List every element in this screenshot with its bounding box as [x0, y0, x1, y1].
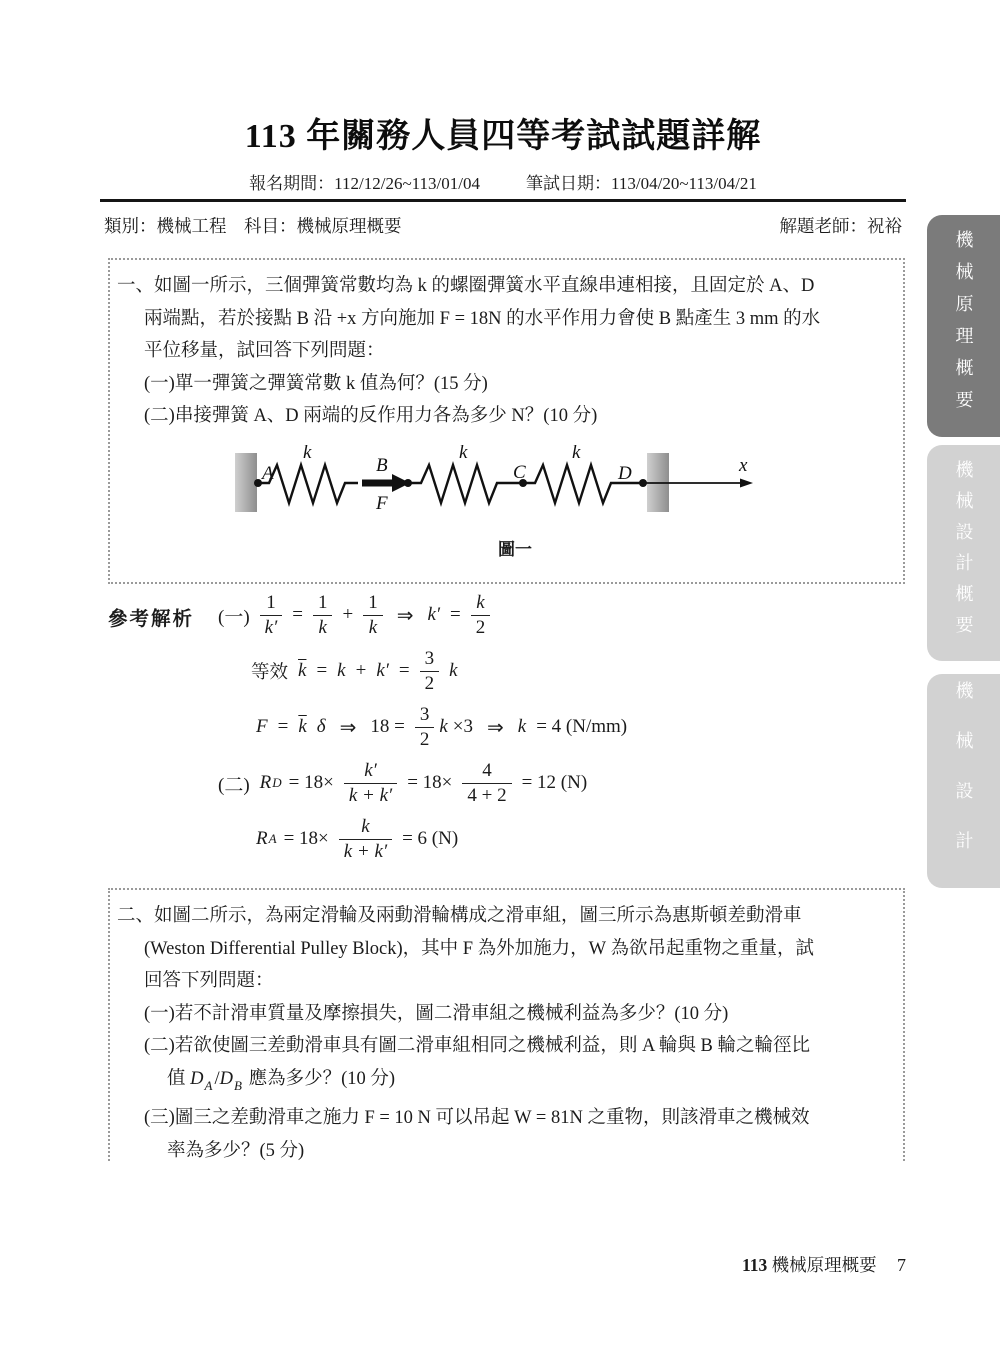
question-2-line: 回答下列問題：	[117, 965, 891, 998]
formula-row-2: 等效 k = k + k′ = 32 k	[251, 643, 848, 699]
header-divider	[100, 199, 906, 202]
footer-page-number: 7	[897, 1255, 906, 1275]
meta-category-subject: 類別：機械工程 科目：機械原理概要	[104, 213, 402, 238]
label-x: x	[738, 455, 748, 476]
sidebar-tab-mechanical-design-outline: 機械設計概要	[927, 445, 1000, 661]
spring-2-icon	[408, 465, 522, 503]
page-footer: 113 機械原理概要 7	[100, 1252, 906, 1277]
meta-row: 類別：機械工程 科目：機械原理概要 解題老師：祝裕	[104, 213, 902, 238]
fraction: 44 + 2	[462, 760, 511, 807]
delta: δ	[317, 716, 326, 738]
k-bar: k	[298, 716, 306, 738]
implies-arrow: ⇒	[487, 715, 504, 740]
formula-row-1: (一) 1k′ = 1k + 1k ⇒ k′ = k2	[213, 587, 848, 643]
fraction: 32	[420, 648, 440, 695]
registration-period: 報名期間：112/12/26~113/01/04	[249, 169, 480, 194]
figure-1-caption: 圖一	[235, 539, 891, 561]
k-bar: k	[298, 660, 306, 682]
fraction: 1k	[313, 592, 333, 639]
footer-year: 113	[742, 1255, 767, 1275]
implies-arrow: ⇒	[397, 603, 414, 628]
question-1-line: (二)串接彈簧 A、D 兩端的反作用力各為多少 N？(10 分)	[117, 400, 891, 433]
fraction: k2	[471, 592, 491, 639]
label-a: A	[260, 463, 274, 484]
label-c: C	[513, 462, 526, 483]
label-k2: k	[459, 445, 468, 463]
question-2-line: (一)若不計滑車質量及摩擦損失，圖二滑車組之機械利益為多少？(10 分)	[117, 998, 891, 1031]
question-1-box: 一、如圖一所示，三個彈簧常數均為 k 的螺圈彈簧水平直線串連相接，且固定於 A、…	[108, 258, 905, 584]
sidebar-tab-mechanical-principles: 機械原理概要	[927, 215, 1000, 437]
figure-1-spring-diagram: A k B F k C k D x 圖一	[235, 445, 891, 562]
solution-rows: (一) 1k′ = 1k + 1k ⇒ k′ = k2 等效 k = k + k…	[213, 587, 848, 867]
item-marker: (二)	[218, 770, 250, 797]
fraction: 1k′	[260, 592, 283, 639]
formula-row-5: RA = 18× kk + k′ = 6 (N)	[251, 811, 848, 867]
question-2-box: 二、如圖二所示，為兩定滑輪及兩動滑輪構成之滑車組，圖三所示為惠斯頓差動滑車 (W…	[108, 888, 905, 1161]
written-exam-date: 筆試日期：113/04/20~113/04/21	[526, 169, 757, 194]
left-wall	[235, 453, 257, 512]
formula-row-4: (二) RD = 18× k′k + k′ = 18× 44 + 2 = 12 …	[213, 755, 848, 811]
question-1-line: 兩端點，若於接點 B 沿 +x 方向施加 F = 18N 的水平作用力會使 B …	[117, 303, 891, 336]
exam-solution-page: 113 年關務人員四等考試試題詳解 報名期間：112/12/26~113/01/…	[0, 0, 1000, 1353]
node-b-dot	[404, 479, 412, 487]
footer-subject: 機械原理概要	[772, 1255, 877, 1275]
label-b: B	[376, 455, 388, 476]
question-2-line: 值 DA/DB 應為多少？(10 分)	[117, 1063, 891, 1103]
node-d-dot	[639, 479, 647, 487]
question-1-line: 一、如圖一所示，三個彈簧常數均為 k 的螺圈彈簧水平直線串連相接，且固定於 A、…	[117, 270, 891, 303]
fraction: 1k	[363, 592, 383, 639]
fraction: k′k + k′	[344, 760, 397, 807]
spring-1-icon	[259, 465, 358, 503]
item-marker: (一)	[218, 602, 250, 629]
sidebar-tab-mechanical-design: 機械設計	[927, 674, 1000, 888]
solution-heading: 參考解析	[108, 603, 194, 631]
question-2-line: (Weston Differential Pulley Block)，其中 F …	[117, 933, 891, 966]
fraction: kk + k′	[339, 816, 392, 863]
question-2-line: (二)若欲使圖三差動滑車具有圖二滑車組相同之機械利益，則 A 輪與 B 輪之輪徑…	[117, 1030, 891, 1063]
solution-section: 參考解析 (一) 1k′ = 1k + 1k ⇒ k′ = k2 等效 k = …	[108, 587, 848, 867]
question-2-line: (三)圖三之差動滑車之施力 F = 10 N 可以吊起 W = 81N 之重物，…	[117, 1102, 891, 1135]
exam-dates: 報名期間：112/12/26~113/01/04 筆試日期：113/04/20~…	[100, 169, 906, 194]
question-1-line: (一)單一彈簧之彈簧常數 k 值為何？(15 分)	[117, 368, 891, 401]
node-a-dot	[254, 479, 262, 487]
meta-teacher: 解題老師：祝裕	[780, 213, 903, 238]
formula-row-3: F = k δ ⇒ 18 = 32 k ×3 ⇒ k = 4 (N/mm)	[251, 699, 848, 755]
label-d: D	[617, 463, 632, 484]
spring-diagram-svg: A k B F k C k D x	[235, 445, 755, 520]
label-k3: k	[572, 445, 581, 463]
exam-title: 113 年關務人員四等考試試題詳解	[100, 108, 906, 157]
x-axis-arrowhead-icon	[740, 478, 753, 487]
question-2-line: 率為多少？(5 分)	[117, 1135, 891, 1168]
label-k1: k	[303, 445, 312, 463]
question-1-line: 平位移量，試回答下列問題：	[117, 335, 891, 368]
label-f: F	[375, 493, 388, 514]
fraction: 32	[415, 704, 435, 751]
implies-arrow: ⇒	[340, 715, 357, 740]
question-2-line: 二、如圖二所示，為兩定滑輪及兩動滑輪構成之滑車組，圖三所示為惠斯頓差動滑車	[117, 900, 891, 933]
